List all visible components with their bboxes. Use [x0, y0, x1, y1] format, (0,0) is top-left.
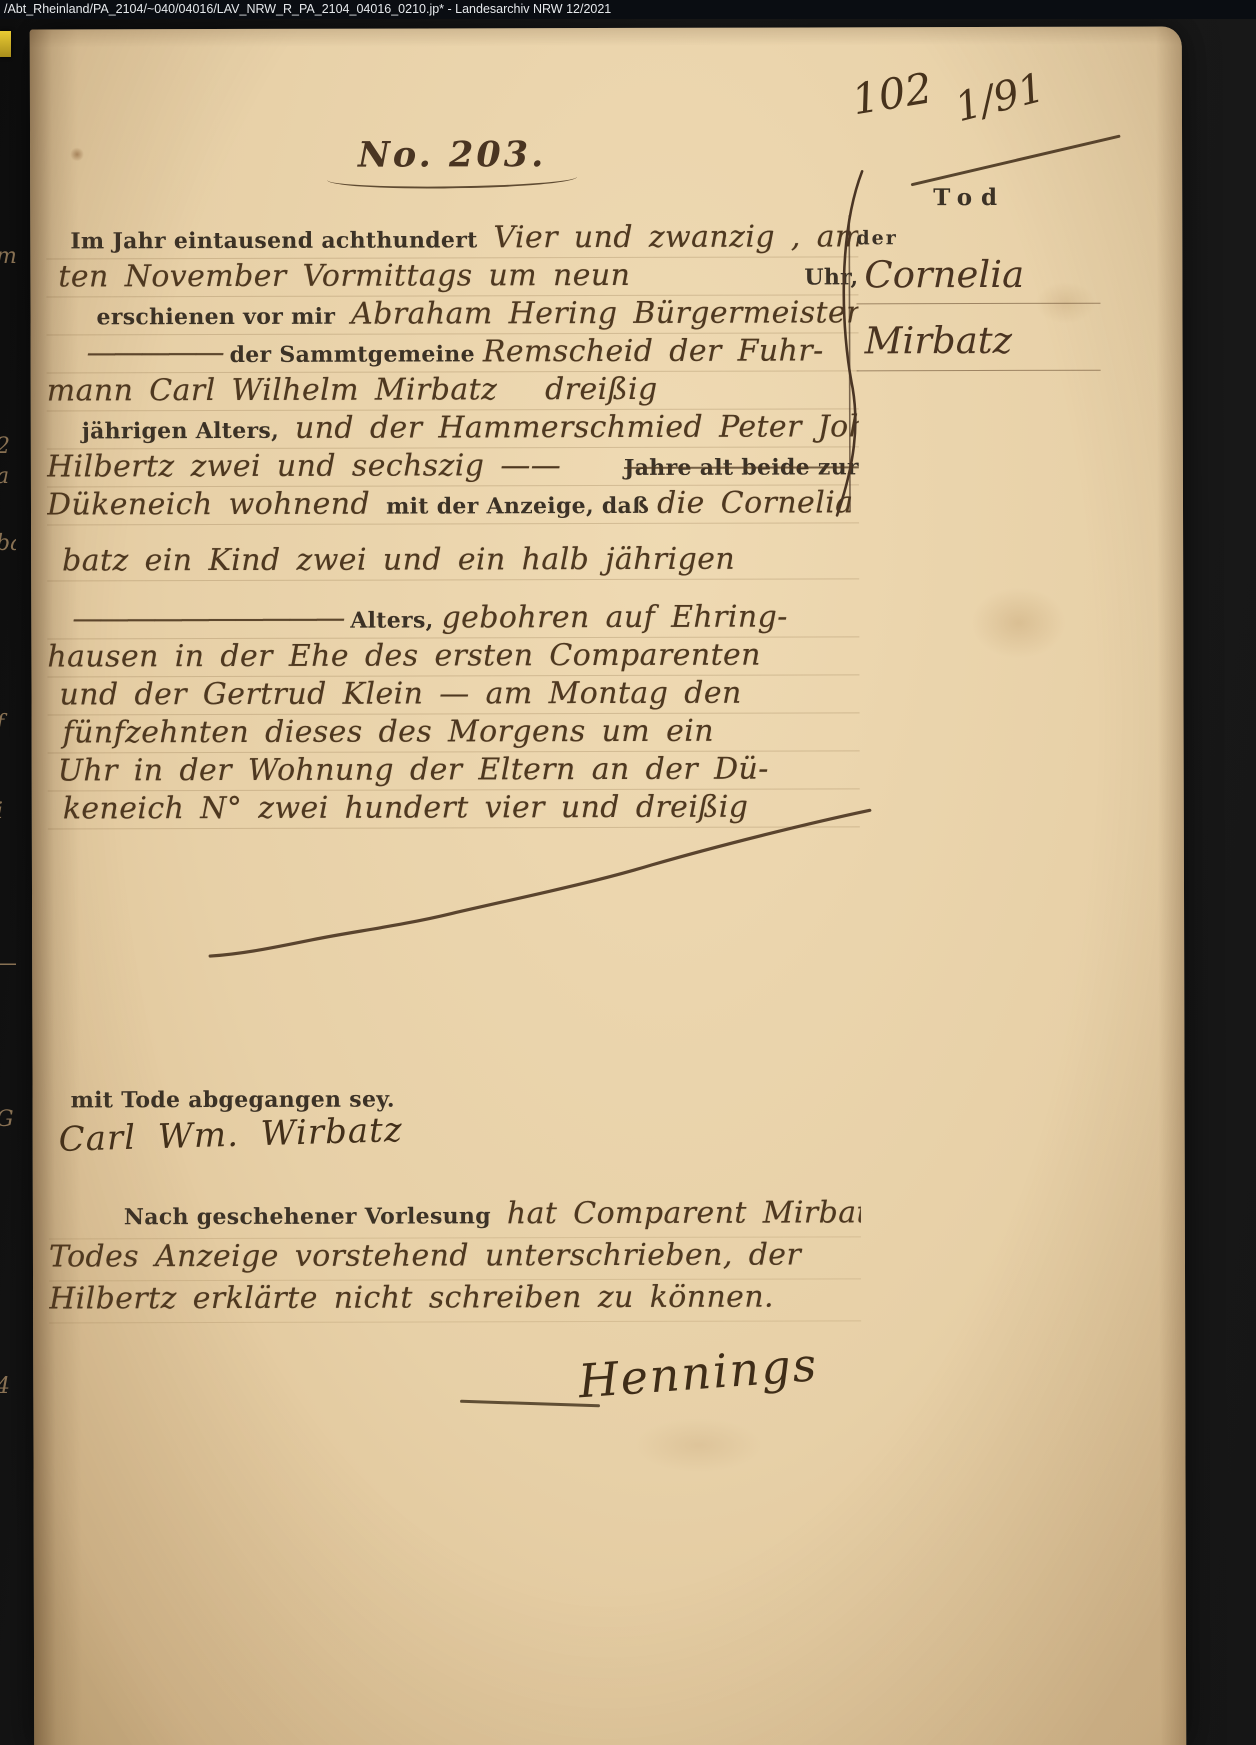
body-text-line: Hilbertz zwei und sechszig ——Jahre alt b…	[47, 447, 859, 487]
page-edge-fragment: 2	[0, 434, 10, 459]
closing-text-line: Hilbertz erklärte nicht schreiben zu kön…	[49, 1279, 861, 1323]
handwritten-text: hausen in der Ehe des ersten Comparenten	[47, 638, 761, 675]
handwritten-text: Uhr in der Wohnung der Eltern an der Dü-	[58, 752, 769, 789]
handwritten-text: gebohren auf Ehring-	[441, 600, 787, 636]
handwritten-text: batz ein Kind zwei und ein halb jährigen	[62, 542, 735, 579]
body-text-line: Im Jahr eintausend achthundert Vier und …	[46, 219, 858, 259]
handwritten-text: und der Hammerschmied Peter Johann	[279, 409, 859, 446]
margin-rule	[856, 303, 1100, 305]
handwritten-text: Remscheid der Fuhr-	[483, 333, 824, 369]
body-text-line: Dükeneich wohnend mit der Anzeige, daß d…	[47, 485, 859, 525]
ref-number-note: 1/91	[951, 65, 1049, 132]
body-text-line: erschienen vor mir Abraham Hering Bürger…	[46, 295, 858, 335]
paper-stain	[633, 1418, 763, 1473]
body-text-line: Uhr in der Wohnung der Eltern an der Dü-	[48, 751, 860, 791]
body-text-line: ————— der Sammtgemeine Remscheid der Fuh…	[47, 333, 859, 373]
body-text-line: —————————— Alters, gebohren auf Ehring-	[47, 599, 859, 639]
death-clause: mit Tode abgegangen sey.	[71, 1087, 395, 1114]
margin-rule	[857, 370, 1101, 372]
page-edge-fragment: m	[0, 244, 16, 269]
closing-text-line: Todes Anzeige vorstehend unterschrieben,…	[49, 1237, 861, 1281]
diagonal-flourish	[202, 802, 882, 969]
handwritten-text: Todes Anzeige vorstehend unterschrieben,…	[49, 1237, 801, 1274]
heading-flourish	[327, 176, 577, 190]
folio-number-note: 102	[849, 63, 936, 124]
body-text-line: fünfzehnten dieses des Morgens um ein	[48, 713, 860, 753]
body-text-line: batz ein Kind zwei und ein halb jährigen	[47, 541, 859, 581]
body-text-line: jährigen Alters, und der Hammerschmied P…	[47, 409, 859, 449]
document-page[interactable]: 102 1/91 No. 203. Im Jahr eintausend ach…	[30, 26, 1186, 1745]
record-number: No. 203.	[358, 134, 546, 175]
printed-form-text: erschienen vor mir	[96, 304, 335, 331]
facing-page-edge-fragments: m2abafi—G4	[0, 19, 16, 1745]
handwritten-text: hat Comparent Mirbatz dieses	[491, 1195, 861, 1231]
handwritten-text: Hilbertz erklärte nicht schreiben zu kön…	[49, 1280, 774, 1317]
handwritten-text: fünfzehnten dieses des Morgens um ein	[63, 714, 714, 751]
body-text-block: Im Jahr eintausend achthundert Vier und …	[46, 219, 860, 829]
page-edge-fragment: ba	[0, 531, 16, 556]
archive-viewer-window: /Abt_Rheinland/PA_2104/~040/04016/LAV_NR…	[0, 0, 1256, 1745]
printed-form-text: jährigen Alters,	[82, 418, 279, 445]
deceased-name-line: Mirbatz	[865, 319, 1013, 362]
handwritten-text: —————	[87, 335, 222, 370]
record-heading-block: No. 203.	[46, 133, 858, 189]
printed-form-text: der Sammtgemeine	[222, 341, 483, 368]
handwritten-text: mann Carl Wilhelm Mirbatz dreißig	[47, 372, 658, 409]
handwritten-text: ——————————	[72, 601, 342, 637]
margin-heading-tod: Tod	[933, 184, 1006, 211]
deceased-name-line: Cornelia	[864, 253, 1024, 296]
handwritten-text: Hilbertz zwei und sechszig ——	[47, 448, 561, 484]
handwritten-text: Dükeneich wohnend	[47, 487, 386, 523]
handwritten-text: Abraham Hering Bürgermeister	[335, 295, 858, 331]
page-edge-fragment: f	[0, 711, 4, 736]
margin-article-der: der	[856, 227, 897, 249]
margin-column: Tod der Cornelia Mirbatz	[852, 127, 1163, 448]
official-signature: Hennings	[577, 1337, 820, 1408]
printed-form-text: mit der Anzeige, daß	[386, 493, 657, 520]
body-text-line: hausen in der Ehe des ersten Comparenten	[47, 637, 859, 677]
viewer-canvas: m2abafi—G4 102 1/91 No. 203. Im Jahr ein…	[0, 19, 1256, 1745]
printed-form-text: Im Jahr eintausend achthundert	[70, 227, 477, 254]
printed-form-text: Alters,	[342, 607, 441, 633]
window-title: /Abt_Rheinland/PA_2104/~040/04016/LAV_NR…	[4, 2, 611, 16]
informant-signature: Carl Wm. Wirbatz	[58, 1110, 403, 1160]
paper-stain	[971, 587, 1066, 659]
body-text-line: und der Gertrud Klein — am Montag den	[47, 675, 859, 715]
body-text-line: mann Carl Wilhelm Mirbatz dreißig	[47, 371, 859, 411]
closing-text-block: Nach geschehener Vorlesung hat Comparent…	[49, 1195, 861, 1323]
page-edge-fragment: 4	[0, 1374, 10, 1399]
printed-form-text: Jahre alt beide zur	[624, 454, 859, 481]
handwritten-text: ten November Vormittags um neun	[58, 258, 630, 294]
yellow-bookmark	[0, 31, 11, 57]
printed-form-text: Nach geschehener Vorlesung	[124, 1203, 491, 1230]
closing-text-line: Nach geschehener Vorlesung hat Comparent…	[49, 1195, 861, 1239]
handwritten-text: Vier und zwanzig , am sechszehn-	[478, 219, 859, 255]
page-edge-fragment: —	[0, 951, 16, 976]
body-text-line: ten November Vormittags um neunUhr,	[46, 257, 858, 297]
page-edge-fragment: a	[0, 464, 9, 489]
page-edge-fragment: G	[0, 1107, 14, 1132]
page-edge-fragment: i	[0, 799, 3, 824]
handwritten-text: und der Gertrud Klein — am Montag den	[59, 676, 741, 713]
window-title-bar[interactable]: /Abt_Rheinland/PA_2104/~040/04016/LAV_NR…	[0, 0, 1256, 19]
